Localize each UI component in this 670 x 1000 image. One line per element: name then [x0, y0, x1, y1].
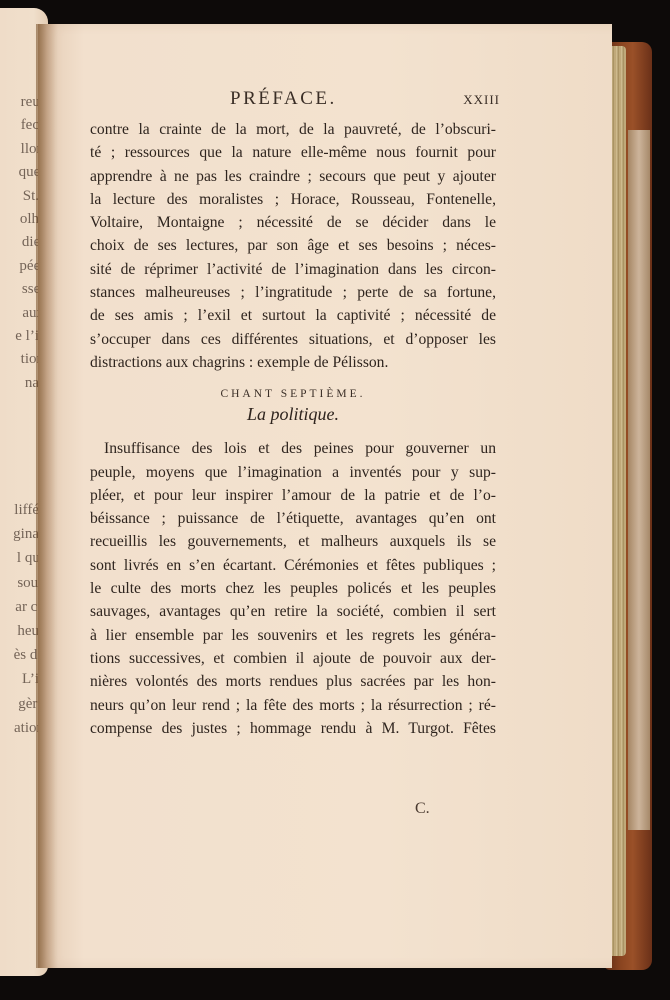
text-line: Voltaire, Montaigne ; nécessité de se dé… — [90, 211, 496, 234]
text-line: Insuffisance des lois et des peines pour… — [90, 437, 496, 460]
text-line: apprendre à ne pas les craindre ; secour… — [90, 165, 496, 188]
text-line: peuple, moyens que l’imagination a inven… — [90, 461, 496, 484]
text-line: sauvages, avantages qu’en retire la soci… — [90, 600, 496, 623]
text-line: sont livrés en s’en écartant. Cérémonies… — [90, 554, 496, 577]
text-line: la lecture des moralistes ; Horace, Rous… — [90, 188, 496, 211]
text-line: pléer, et pour leur inspirer l’amour de … — [90, 484, 496, 507]
chant-summary-paragraph: Insuffisance des lois et des peines pour… — [90, 437, 496, 740]
text-line: de ses amis ; l’exil et surtout la capti… — [90, 304, 496, 327]
text-line: té ; ressources que la nature elle-même … — [90, 141, 496, 164]
text-line: stances malheureuses ; l’ingratitude ; p… — [90, 281, 496, 304]
text-line: à lier ensemble par les souvenirs et les… — [90, 624, 496, 647]
text-line: recueillis les gouvernements, et malheur… — [90, 530, 496, 553]
text-line: tions successives, et combien il ajoute … — [90, 647, 496, 670]
gutter-shadow — [36, 24, 58, 968]
text-line: distractions aux chagrins : exemple de P… — [90, 351, 496, 374]
running-title: PRÉFACE. — [230, 88, 337, 110]
text-line: compense des justes ; hommage rendu à M.… — [90, 717, 496, 740]
text-line: nières volontés des morts rendues plus s… — [90, 670, 496, 693]
text-line: choix de ses lectures, par son âge et se… — [90, 234, 496, 257]
spine-paper-label — [628, 130, 650, 830]
chant-subtitle: La politique. — [90, 404, 496, 425]
text-line: s’occuper dans ces différentes situation… — [90, 328, 496, 351]
chant-heading: CHANT SEPTIÈME. — [90, 388, 496, 400]
text-line: béissance ; puissance de l’étiquette, av… — [90, 507, 496, 530]
book-photograph: reutfec-llonque,St.-olh-die,pée,sse,auxe… — [0, 0, 670, 1000]
preface-paragraph: contre la crainte de la mort, de la pauv… — [90, 118, 496, 374]
text-line: contre la crainte de la mort, de la pauv… — [90, 118, 496, 141]
text-line: neurs qu’on leur rend ; la fête des mort… — [90, 694, 496, 717]
page-text-block: PRÉFACE. XXIII contre la crainte de la m… — [90, 84, 496, 740]
text-line: le culte des morts chez les peuples poli… — [90, 577, 496, 600]
text-line: sité de réprimer l’activité de l’imagina… — [90, 258, 496, 281]
page-number: XXIII — [463, 92, 500, 108]
signature-mark: C. — [415, 800, 430, 818]
running-head: PRÉFACE. XXIII — [90, 84, 496, 118]
